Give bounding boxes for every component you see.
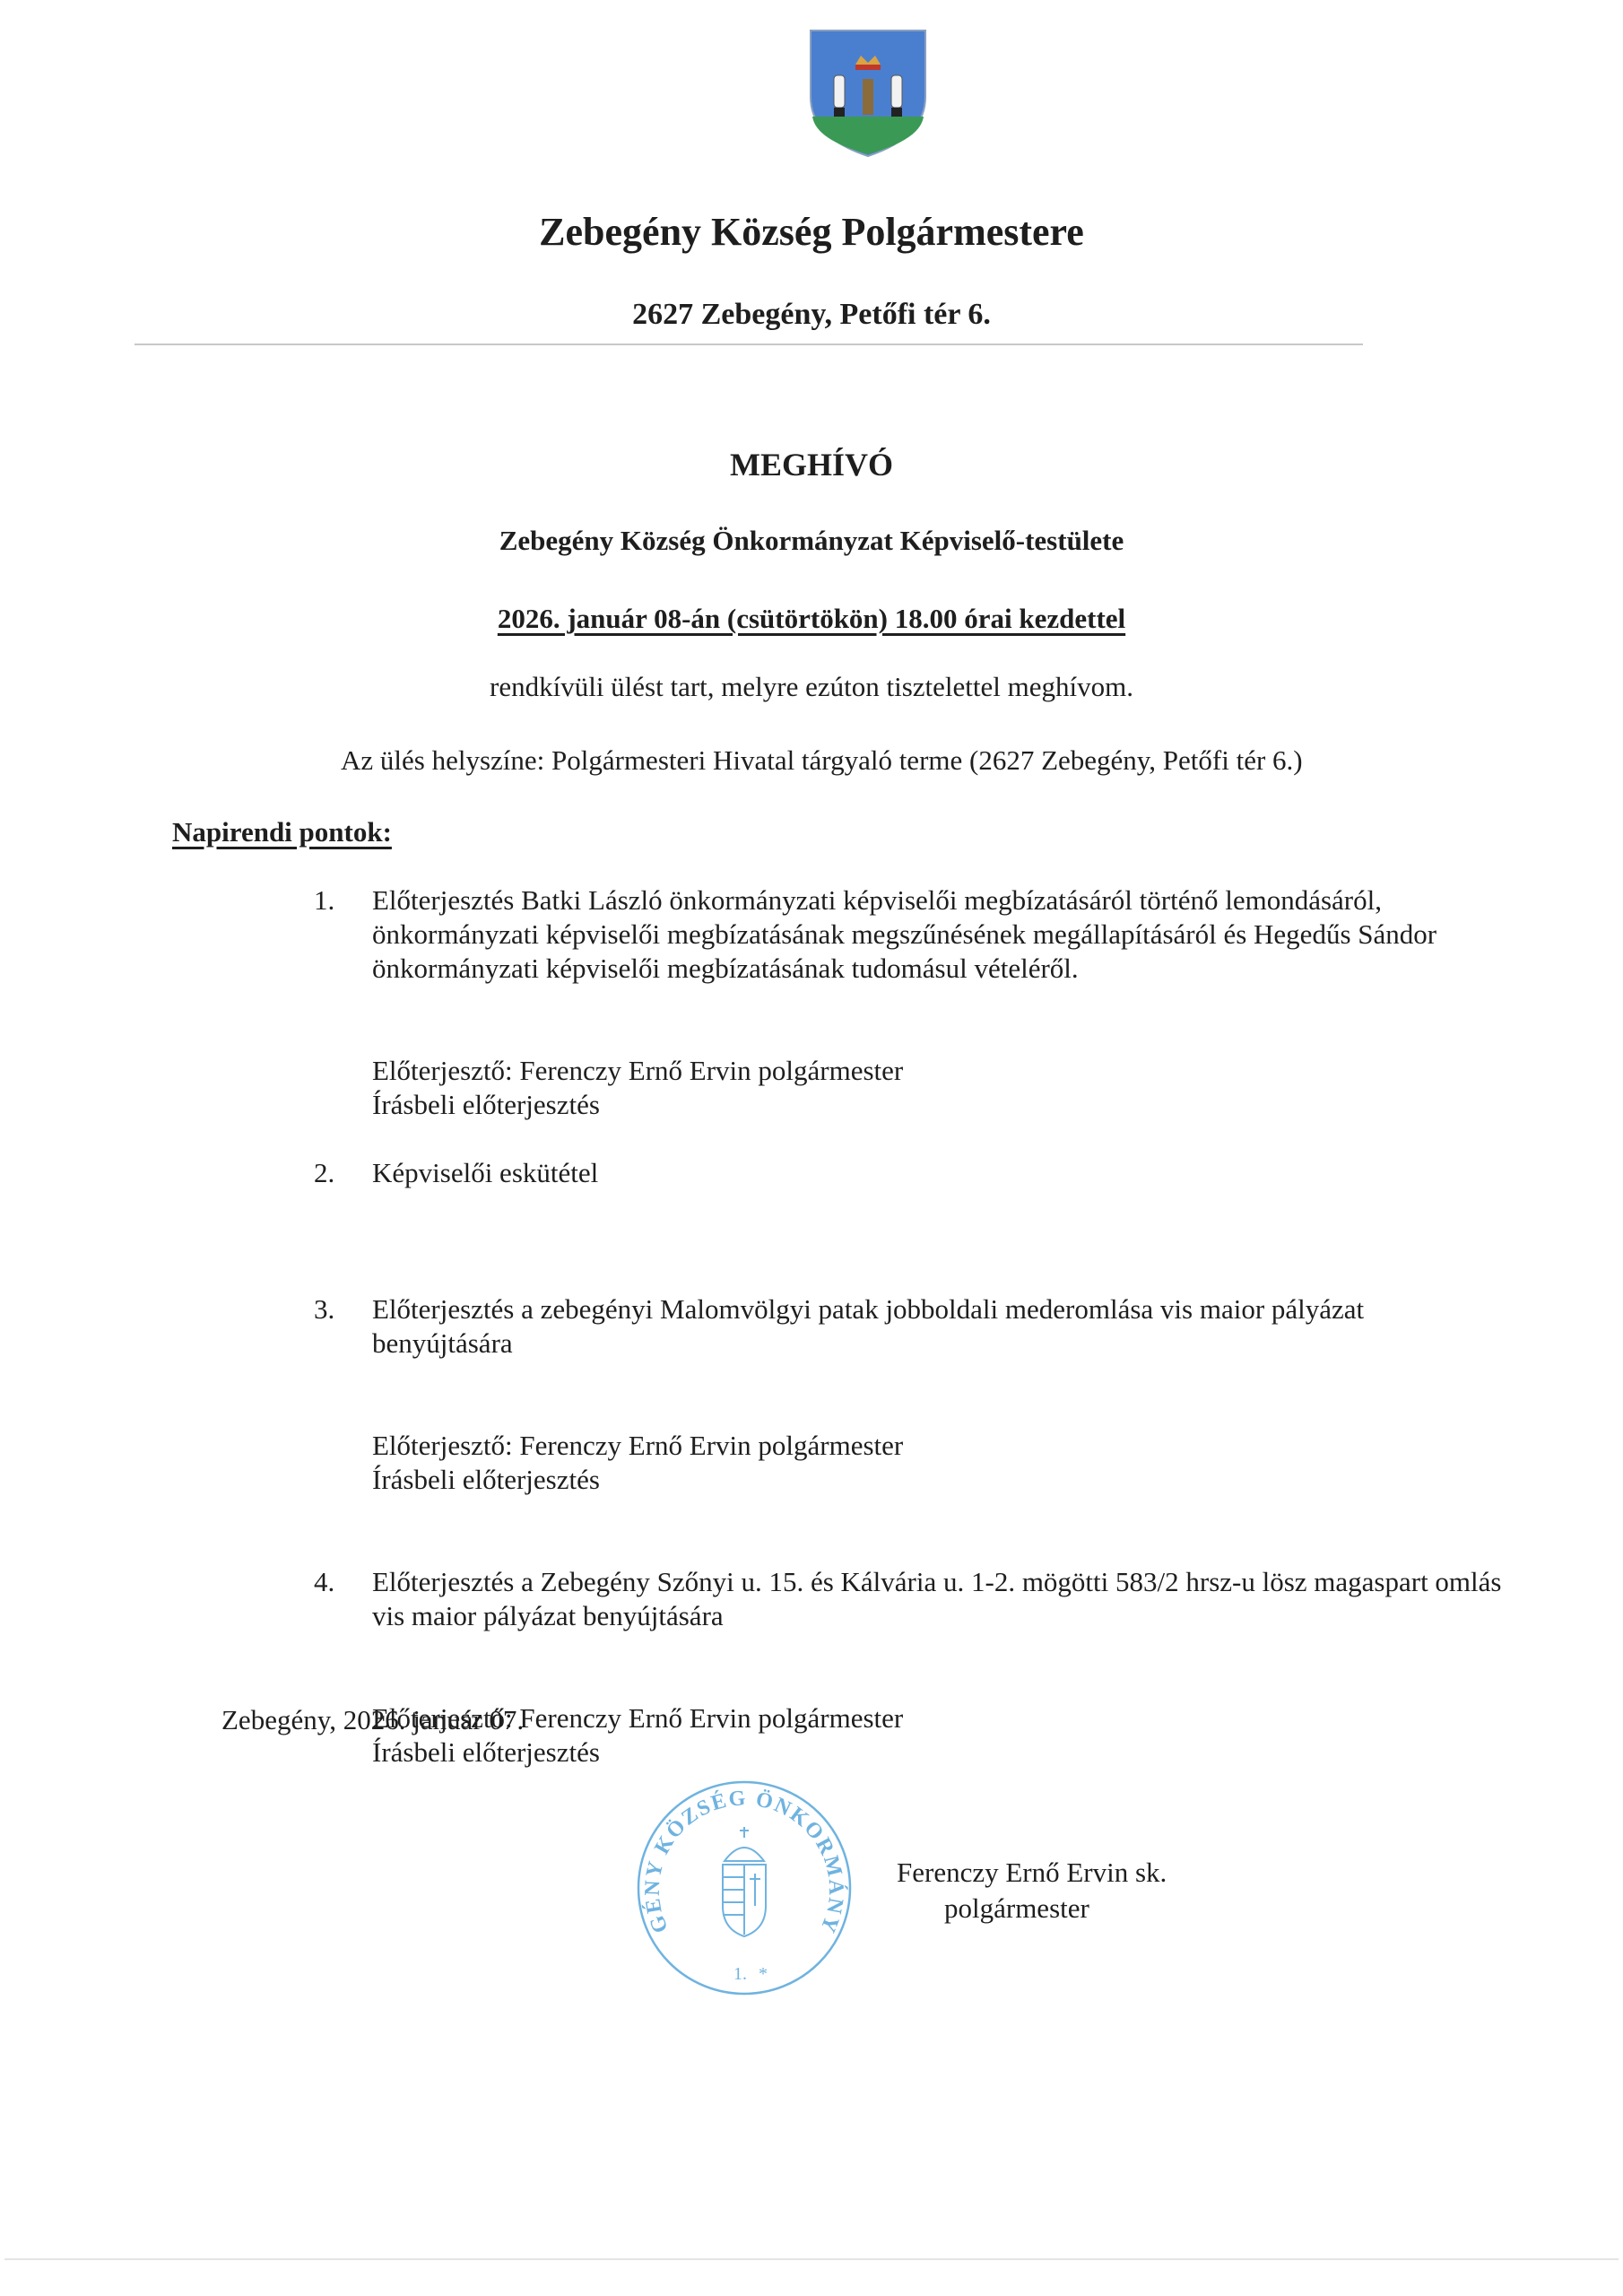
agenda-list: 1. Előterjesztés Batki László önkormányz… <box>314 883 1506 1770</box>
agenda-item-number: 4. <box>314 1565 372 1633</box>
agenda-item-number: 3. <box>314 1292 372 1361</box>
agenda-item-3: 3. Előterjesztés a zebegényi Malomvölgyi… <box>314 1292 1506 1361</box>
official-stamp-icon: ZEBEGÉNY KÖZSÉG ÖNKORMÁNYZATA 1. * <box>628 1771 861 2005</box>
agenda-item-4: 4. Előterjesztés a Zebegény Szőnyi u. 15… <box>314 1565 1506 1633</box>
place-and-date: Zebegény, 2026. január 07. <box>221 1704 524 1736</box>
agenda-label: Napirendi pontok: <box>172 816 392 848</box>
agenda-item-presenter: Előterjesztő: Ferenczy Ernő Ervin polgár… <box>372 1054 1506 1088</box>
meeting-date: 2026. január 08-án (csütörtökön) 18.00 ó… <box>0 603 1623 635</box>
agenda-item-presenter: Előterjesztő: Ferenczy Ernő Ervin polgár… <box>372 1701 1506 1735</box>
agenda-item-2: 2. Képviselői eskütétel <box>314 1156 1506 1190</box>
agenda-item-type: Írásbeli előterjesztés <box>372 1088 1506 1122</box>
agenda-item-text: Képviselői eskütétel <box>372 1156 1506 1190</box>
agenda-item-text: Előterjesztés a zebegényi Malomvölgyi pa… <box>372 1292 1506 1361</box>
meeting-date-text: 2026. január 08-án (csütörtökön) 18.00 ó… <box>498 603 1125 634</box>
document-heading: MEGHÍVÓ <box>0 446 1623 483</box>
agenda-item-text: Előterjesztés Batki László önkormányzati… <box>372 883 1506 986</box>
svg-text:1.: 1. <box>733 1964 747 1984</box>
signer-title: polgármester <box>944 1892 1089 1925</box>
council-name: Zebegény Község Önkormányzat Képviselő-t… <box>0 525 1623 557</box>
issuer-title: Zebegény Község Polgármestere <box>0 209 1623 255</box>
agenda-item-presenter: Előterjesztő: Ferenczy Ernő Ervin polgár… <box>372 1429 1506 1463</box>
coat-of-arms-icon <box>805 25 931 160</box>
invite-text: rendkívüli ülést tart, melyre ezúton tis… <box>0 671 1623 703</box>
issuer-address: 2627 Zebegény, Petőfi tér 6. <box>0 298 1623 332</box>
agenda-item-1: 1. Előterjesztés Batki László önkormányz… <box>314 883 1506 986</box>
header-divider <box>135 344 1363 345</box>
svg-text:*: * <box>759 1964 768 1984</box>
agenda-item-number: 1. <box>314 883 372 986</box>
svg-text:ZEBEGÉNY KÖZSÉG ÖNKORMÁNYZATA: ZEBEGÉNY KÖZSÉG ÖNKORMÁNYZATA <box>628 1771 847 1937</box>
agenda-item-number: 2. <box>314 1156 372 1190</box>
footer-divider <box>4 2258 1619 2260</box>
agenda-item-type: Írásbeli előterjesztés <box>372 1735 1506 1770</box>
agenda-item-type: Írásbeli előterjesztés <box>372 1463 1506 1497</box>
signer-name: Ferenczy Ernő Ervin sk. <box>897 1857 1167 1889</box>
meeting-location: Az ülés helyszíne: Polgármesteri Hivatal… <box>341 744 1303 777</box>
agenda-item-text: Előterjesztés a Zebegény Szőnyi u. 15. é… <box>372 1565 1506 1633</box>
